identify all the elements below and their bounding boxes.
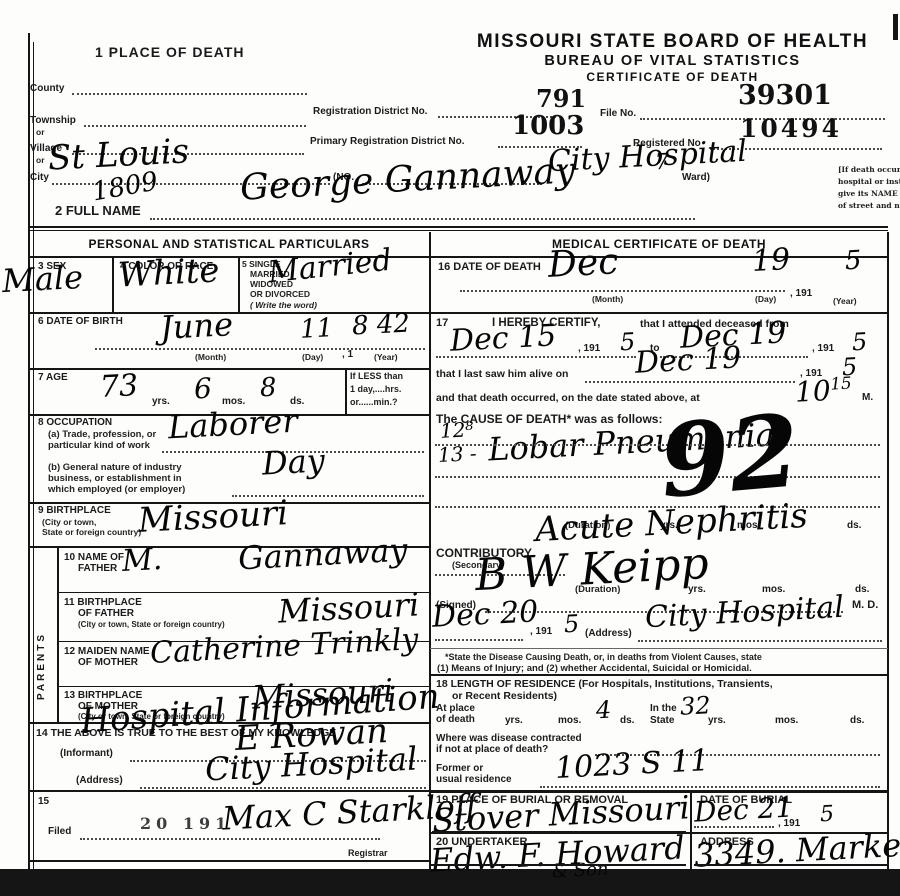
in-state-yrs: yrs. — [708, 715, 726, 726]
residence-label-2: or Recent Residents) — [452, 690, 557, 702]
dob-month-value: June — [159, 308, 234, 344]
column-divider — [429, 232, 431, 869]
father-name-label-1: 10 NAME OF — [64, 552, 124, 563]
dod-year-value: 5 — [844, 248, 862, 275]
marital-hint: ( Write the word) — [250, 300, 317, 310]
age-years-value: 73 — [99, 371, 139, 403]
cause-line-1 — [435, 444, 880, 446]
undertaker-underline — [430, 864, 686, 866]
dod-year-hint: (Year) — [833, 296, 857, 306]
mother-name-label-1: 12 MAIDEN NAME — [64, 646, 150, 657]
dob-month-hint: (Month) — [195, 352, 226, 362]
dod-day-value: 19 — [751, 245, 791, 277]
full-name-value: George Gannaway — [239, 153, 576, 207]
footnote-line-1: *State the Disease Causing Death, or, in… — [445, 652, 762, 662]
in-state-ds: ds. — [850, 715, 864, 726]
registered-no-value: 10494 — [740, 114, 842, 143]
cause-code-2: 13 - — [438, 443, 478, 465]
parents-side-label: PARENTS — [36, 570, 47, 700]
at-place-days-value: 4 — [595, 698, 612, 723]
occupation-a-line-1: (a) Trade, profession, or — [48, 429, 156, 440]
dod-year-printed: , 191 — [790, 288, 812, 299]
ward-label: Ward) — [682, 172, 710, 183]
filed-label: Filed — [48, 826, 71, 837]
occupation-b-value: Day — [261, 444, 325, 479]
file-no-value: 39301 — [738, 80, 832, 111]
less-than-line-2: 1 day,....hrs. — [350, 384, 401, 394]
primary-district-value: 1003 — [512, 111, 584, 141]
dob-day-value: 11 — [299, 315, 333, 343]
duration-ds-1: ds. — [847, 520, 861, 531]
mother-name-value: Catherine Trinkly — [149, 625, 419, 669]
former-line — [540, 786, 880, 788]
left-border-inner — [33, 42, 34, 869]
dob-year-value: 8 42 — [351, 311, 410, 340]
occupation-label: 8 OCCUPATION — [38, 417, 112, 428]
city-label: City — [30, 172, 49, 183]
age-days-value: 8 — [259, 375, 277, 402]
hospital-note-line-1: [If death occurred in a — [838, 165, 900, 174]
physician-signature: B W Keipp — [474, 542, 710, 598]
informant-address-value: City Hospital — [204, 742, 418, 785]
in-state-label-1: In the — [650, 703, 677, 714]
cause-line-2 — [435, 476, 880, 478]
last-saw-label: that I last saw him alive on — [436, 368, 568, 380]
medical-header-rule — [430, 256, 888, 258]
marital-value: Married — [267, 246, 393, 289]
burial-divider — [690, 790, 692, 869]
sex-race-divider — [112, 256, 114, 312]
less-than-line-1: If LESS than — [350, 371, 403, 381]
dod-label: 16 DATE OF DEATH — [438, 261, 541, 273]
sign-address-line — [638, 640, 882, 642]
at-place-mos: mos. — [558, 715, 581, 726]
age-box-divider — [345, 368, 347, 414]
age-yrs-label: yrs. — [152, 396, 170, 407]
time-m-label: M. — [862, 392, 873, 403]
in-state-label-2: State — [650, 715, 674, 726]
at-place-label-1: At place — [436, 703, 475, 714]
sign-year-printed: , 191 — [530, 626, 552, 637]
left-border-outer — [28, 33, 30, 869]
death-time-value: 1015 — [794, 375, 852, 407]
filed-stamp: 20 191 — [140, 814, 231, 833]
mother-name-label-2: OF MOTHER — [78, 657, 138, 668]
informant-address-line — [140, 787, 426, 789]
occupation-a-line-2: particular kind of work — [48, 440, 150, 451]
hospital-note-line-3: give its NAME instead — [838, 189, 900, 198]
birthplace-value: Missouri — [137, 496, 289, 538]
father-name-label-2: FATHER — [78, 563, 117, 574]
certify-year-printed-2: , 191 — [812, 343, 834, 354]
sign-address-value: City Hospital — [644, 593, 844, 633]
top-section-rule-2 — [28, 230, 888, 231]
top-section-rule — [28, 226, 888, 228]
county-line — [72, 93, 307, 95]
cause-overlay-number: 92 — [656, 400, 803, 512]
residence-label-1: 18 LENGTH OF RESIDENCE (For Hospitals, I… — [436, 678, 773, 690]
board-title: MISSOURI STATE BOARD OF HEALTH — [450, 31, 895, 53]
occupation-b-line-1: (b) General nature of industry — [48, 462, 182, 473]
informant-address-label: (Address) — [76, 775, 123, 786]
or-label-1: or — [36, 127, 45, 137]
father-name-surname: Gannaway — [237, 534, 408, 575]
sign-date-value: Dec 20 — [431, 597, 539, 633]
city-value: St Louis — [47, 134, 190, 175]
duration-ds-2: ds. — [855, 584, 869, 595]
in-state-years-value: 32 — [679, 693, 711, 719]
dod-month-hint: (Month) — [592, 294, 623, 304]
hospital-note-line-4: of street and number.] — [838, 201, 900, 210]
age-label: 7 AGE — [38, 372, 68, 383]
birthplace-hint-1: (City or town, — [42, 517, 96, 527]
hospital-note-line-2: hospital or institution, — [838, 177, 900, 186]
sign-year-value: 5 — [563, 612, 580, 637]
contracted-label-1: Where was disease contracted — [436, 733, 582, 744]
former-label-2: usual residence — [436, 774, 512, 785]
age-months-value: 6 — [193, 375, 212, 404]
ward-value: 7 — [654, 152, 669, 175]
contracted-label-2: if not at place of death? — [436, 744, 548, 755]
footnote-rule-top — [430, 648, 888, 649]
father-bp-label-1: 11 BIRTHPLACE — [64, 597, 142, 608]
county-label: County — [30, 83, 64, 94]
race-value: White — [117, 253, 220, 292]
filing-number: 15 — [38, 796, 49, 807]
footnote-line-2: (1) Means of Injury; and (2) whether Acc… — [437, 663, 752, 674]
death-certificate-page: MISSOURI STATE BOARD OF HEALTH BUREAU OF… — [0, 0, 900, 896]
informant-label: (Informant) — [60, 748, 113, 759]
dod-day-hint: (Day) — [755, 294, 776, 304]
dob-label: 6 DATE OF BIRTH — [38, 316, 123, 327]
dod-month-value: Dec — [547, 244, 619, 284]
dob-day-hint: (Day) — [302, 352, 323, 362]
cause-code-1: 12⁸ — [439, 419, 473, 441]
sex-value: Male — [1, 261, 84, 297]
certify-number: 17 — [436, 317, 448, 329]
birthplace-label: 9 BIRTHPLACE — [38, 505, 111, 516]
last-saw-value: Dec 19 — [634, 343, 742, 379]
last-saw-line — [585, 381, 795, 383]
med-rule-1 — [430, 312, 888, 314]
md-label: M. D. — [852, 599, 878, 611]
or-label-2: or — [36, 155, 45, 165]
file-no-label: File No. — [600, 108, 636, 119]
medical-section-title: MEDICAL CERTIFICATE OF DEATH — [431, 237, 887, 251]
address-underline — [694, 864, 888, 866]
death-time-minutes: 15 — [830, 373, 852, 394]
dob-line — [95, 348, 425, 350]
death-time-hours: 10 — [794, 374, 831, 409]
certify-from-line — [436, 356, 636, 358]
registration-district-value: 791 — [536, 84, 586, 113]
birthplace-hint-2: State or foreign country) — [42, 527, 141, 537]
father-bp-value: Missouri — [277, 588, 420, 627]
certify-to-year: 5 — [851, 330, 868, 355]
at-place-label-2: of death — [436, 714, 475, 725]
burial-date-line — [694, 826, 774, 828]
in-state-mos: mos. — [775, 715, 798, 726]
occupation-b-line-2: business, or establishment in — [48, 473, 182, 484]
certify-from-value: Dec 15 — [449, 321, 557, 357]
institution-value: City Hospital — [547, 137, 747, 177]
primary-district-label: Primary Registration District No. — [310, 136, 464, 147]
left-col-bottom-rule — [28, 860, 431, 862]
burial-year-value: 5 — [819, 804, 834, 827]
dod-line — [460, 290, 785, 292]
dob-year-hint: (Year) — [374, 352, 398, 362]
at-place-yrs: yrs. — [505, 715, 523, 726]
marital-label-4: OR DIVORCED — [250, 289, 310, 299]
parents-strip-divider — [57, 546, 59, 722]
right-border — [887, 232, 889, 869]
father-bp-label-2: OF FATHER — [78, 608, 134, 619]
race-marital-divider — [238, 256, 240, 312]
former-label-1: Former or — [436, 763, 483, 774]
filed-line — [80, 838, 380, 840]
place-of-death-label: 1 PLACE OF DEATH — [95, 44, 245, 60]
father-name-initial: M. — [121, 545, 163, 577]
registration-district-label: Registration District No. — [313, 106, 427, 117]
occupation-b-line-3: which employed (or employer) — [48, 484, 185, 495]
registrar-label: Registrar — [348, 848, 388, 858]
sign-address-label: (Address) — [585, 628, 632, 639]
row-rule-2 — [28, 368, 431, 370]
burial-year-printed: , 191 — [778, 818, 800, 829]
township-line — [84, 125, 306, 127]
certify-year-printed-1: , 191 — [578, 343, 600, 354]
former-residence-value: 1023 S 11 — [554, 746, 710, 784]
less-than-line-3: or......min.? — [350, 397, 398, 407]
sign-date-line — [435, 639, 523, 641]
full-name-line — [150, 218, 695, 220]
township-label: Township — [30, 115, 76, 126]
occupation-a-value: Laborer — [167, 405, 298, 444]
footnote-rule-bottom — [430, 674, 888, 676]
at-place-ds: ds. — [620, 715, 634, 726]
full-name-label: 2 FULL NAME — [55, 203, 141, 218]
father-bp-hint: (City or town, State or foreign country) — [78, 620, 225, 629]
bureau-title: BUREAU OF VITAL STATISTICS — [450, 53, 895, 69]
dob-year-prefix: , 1 — [342, 349, 353, 360]
